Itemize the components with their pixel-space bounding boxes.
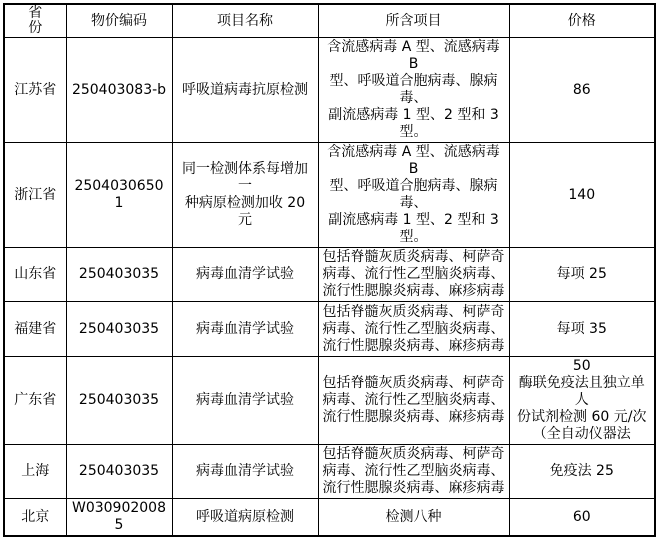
cell-price-code: 25040306501 — [66, 143, 172, 248]
cell-included-items: 检测八种 — [318, 499, 509, 537]
col-header-province: 省 份 — [4, 4, 66, 38]
cell-project-name: 同一检测体系每增加一 种病原检测加收 20 元 — [172, 143, 318, 248]
cell-included-items: 包括脊髓灰质炎病毒、柯萨奇 病毒、流行性乙型脑炎病毒、 流行性腮腺炎病毒、麻疹病… — [318, 248, 509, 302]
price-table: 省 份 物价编码 项目名称 所含项目 价格 江苏省 250403083-b 呼吸… — [3, 3, 656, 537]
cell-included-items: 包括脊髓灰质炎病毒、柯萨奇 病毒、流行性乙型脑炎病毒、 流行性腮腺炎病毒、麻疹病… — [318, 302, 509, 357]
cell-price: 每项 25 — [509, 248, 655, 302]
cell-province: 广东省 — [4, 357, 66, 445]
cell-included-items: 含流感病毒 A 型、流感病毒 B 型、呼吸道合胞病毒、腺病毒、 副流感病毒 1 … — [318, 143, 509, 248]
cell-province: 浙江省 — [4, 143, 66, 248]
table-row: 上海 250403035 病毒血清学试验 包括脊髓灰质炎病毒、柯萨奇 病毒、流行… — [4, 445, 655, 499]
document-page: 省 份 物价编码 项目名称 所含项目 价格 江苏省 250403083-b 呼吸… — [0, 0, 658, 423]
cell-included-items: 含流感病毒 A 型、流感病毒 B 型、呼吸道合胞病毒、腺病毒、 副流感病毒 1 … — [318, 38, 509, 143]
cell-price: 免疫法 25 — [509, 445, 655, 499]
cell-price: 50 酶联免疫法且独立单人 份试剂检测 60 元/次 （全自动仪器法 — [509, 357, 655, 445]
table-row: 广东省 250403035 病毒血清学试验 包括脊髓灰质炎病毒、柯萨奇 病毒、流… — [4, 357, 655, 445]
cell-province: 山东省 — [4, 248, 66, 302]
cell-province: 上海 — [4, 445, 66, 499]
cell-price-code: 250403083-b — [66, 38, 172, 143]
cell-project-name: 病毒血清学试验 — [172, 302, 318, 357]
cell-project-name: 病毒血清学试验 — [172, 357, 318, 445]
cell-included-items: 包括脊髓灰质炎病毒、柯萨奇 病毒、流行性乙型脑炎病毒、 流行性腮腺炎病毒、麻疹病… — [318, 357, 509, 445]
table-row: 福建省 250403035 病毒血清学试验 包括脊髓灰质炎病毒、柯萨奇 病毒、流… — [4, 302, 655, 357]
table-row: 北京 W0309020085 呼吸道病原检测 检测八种 60 — [4, 499, 655, 537]
cell-project-name: 病毒血清学试验 — [172, 248, 318, 302]
cell-included-items: 包括脊髓灰质炎病毒、柯萨奇 病毒、流行性乙型脑炎病毒、 流行性腮腺炎病毒、麻疹病… — [318, 445, 509, 499]
cell-price-code: 250403035 — [66, 357, 172, 445]
cell-price: 86 — [509, 38, 655, 143]
cell-province: 福建省 — [4, 302, 66, 357]
cell-price-code: W0309020085 — [66, 499, 172, 537]
cell-project-name: 病毒血清学试验 — [172, 445, 318, 499]
cell-price: 60 — [509, 499, 655, 537]
cell-price-code: 250403035 — [66, 248, 172, 302]
table-header-row: 省 份 物价编码 项目名称 所含项目 价格 — [4, 4, 655, 38]
cell-project-name: 呼吸道病原检测 — [172, 499, 318, 537]
col-header-project-name: 项目名称 — [172, 4, 318, 38]
cell-province: 北京 — [4, 499, 66, 537]
cell-project-name: 呼吸道病毒抗原检测 — [172, 38, 318, 143]
table-row: 江苏省 250403083-b 呼吸道病毒抗原检测 含流感病毒 A 型、流感病毒… — [4, 38, 655, 143]
cell-price: 140 — [509, 143, 655, 248]
col-header-price-code: 物价编码 — [66, 4, 172, 38]
cell-price: 每项 35 — [509, 302, 655, 357]
cell-price-code: 250403035 — [66, 302, 172, 357]
col-header-included-items: 所含项目 — [318, 4, 509, 38]
table-row: 山东省 250403035 病毒血清学试验 包括脊髓灰质炎病毒、柯萨奇 病毒、流… — [4, 248, 655, 302]
cell-province: 江苏省 — [4, 38, 66, 143]
col-header-price: 价格 — [509, 4, 655, 38]
table-row: 浙江省 25040306501 同一检测体系每增加一 种病原检测加收 20 元 … — [4, 143, 655, 248]
cell-price-code: 250403035 — [66, 445, 172, 499]
